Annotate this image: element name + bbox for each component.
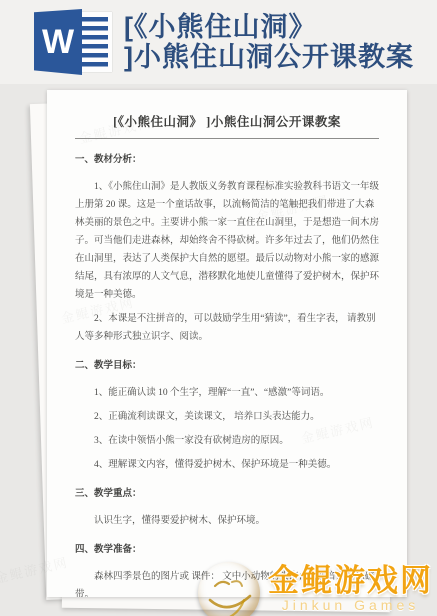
logo-subtitle: Jinkun Games <box>268 597 433 613</box>
document-block: 认识生字，懂得要爱护树木、保护环境。 <box>75 512 379 530</box>
document-block: 一、教材分析： <box>75 151 379 169</box>
document-block: 三、教学重点： <box>75 485 379 503</box>
document-preview-screen: 金鲲游戏网 金鲲游戏网 金鲲游戏网 金鲲游戏网 金鲲游戏网 金鲲游戏网 W [《… <box>0 0 437 616</box>
page-title-line1: [《小熊住山洞》 <box>124 12 414 42</box>
document-block: 四、教学准备： <box>75 541 379 559</box>
word-icon-lines <box>80 17 108 67</box>
word-icon-cover: W <box>34 9 82 75</box>
page-title: [《小熊住山洞》 ]小熊住山洞公开课教案 <box>124 12 414 72</box>
document-block: 1、《小熊住山洞》是人教版义务教育课程标准实验教科书语文一年级上册第 20 课。… <box>75 178 379 304</box>
site-logo[interactable]: 金鲲游戏网 Jinkun Games <box>198 562 437 616</box>
header: W [《小熊住山洞》 ]小熊住山洞公开课教案 <box>0 0 437 84</box>
document-block: 2、本课是不注拼音的，可以鼓励学生用“猜读”，看生字表， 请教别人等多种形式独立… <box>75 310 379 346</box>
title-divider <box>75 138 379 139</box>
document-body: 一、教材分析： 1、《小熊住山洞》是人教版义务教育课程标准实验教科书语文一年级上… <box>75 151 379 597</box>
logo-name: 金鲲游戏网 <box>268 565 433 597</box>
document-block: 4、理解课文内容，懂得爱护树木、保护环境是一种美德。 <box>75 456 379 474</box>
document-block: 1、能正确认读 10 个生字，理解“一直”、“感激”等词语。 <box>75 384 379 402</box>
word-icon: W <box>34 9 112 75</box>
document-page: [《小熊住山洞》 ]小熊住山洞公开课教案 一、教材分析： 1、《小熊住山洞》是人… <box>47 90 407 597</box>
gold-ball-icon <box>198 562 260 616</box>
logo-text: 金鲲游戏网 Jinkun Games <box>268 565 433 613</box>
document-block: 二、教学目标： <box>75 357 379 375</box>
word-icon-letter: W <box>42 25 74 59</box>
page-title-line2: ]小熊住山洞公开课教案 <box>124 42 414 72</box>
